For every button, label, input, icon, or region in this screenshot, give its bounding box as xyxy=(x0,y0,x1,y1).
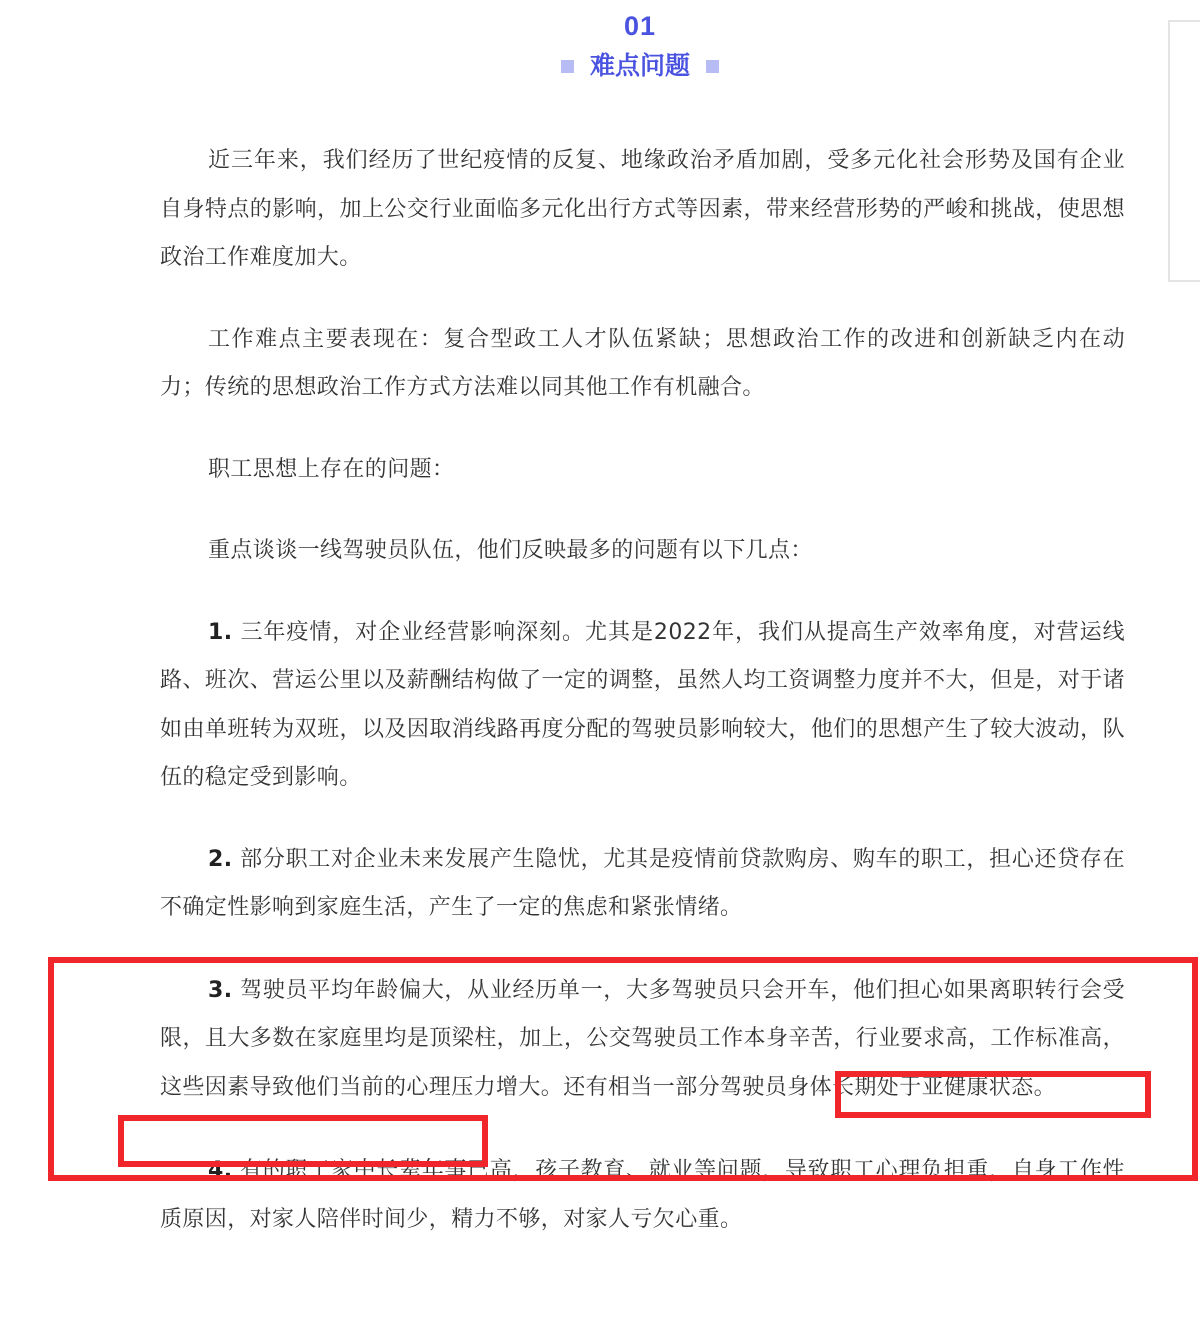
list-item-3: 3. 驾驶员平均年龄偏大，从业经历单一，大多驾驶员只会开车，他们担心如果离职转行… xyxy=(160,967,1125,1113)
list-item-1: 1. 三年疫情，对企业经营影响深刻。尤其是2022年，我们从提高生产效率角度，对… xyxy=(160,609,1125,803)
highlighted-text: 还有相当一部分驾驶员身体长期处于亚健康状态。 xyxy=(563,1075,1056,1100)
square-bullet-icon xyxy=(561,60,574,73)
employee-issues-heading: 职工思想上存在的问题： xyxy=(160,446,1125,495)
article-body: 近三年来，我们经历了世纪疫情的反复、地缘政治矛盾加剧，受多元化社会形势及国有企业… xyxy=(160,137,1125,1244)
drivers-heading: 重点谈谈一线驾驶员队伍，他们反映最多的问题有以下几点： xyxy=(160,527,1125,576)
section-title: 难点问题 xyxy=(590,48,690,84)
section-header: 01 难点问题 xyxy=(0,8,1200,84)
item-number: 3. xyxy=(208,978,232,1003)
item-text: 三年疫情，对企业经营影响深刻。尤其是2022年，我们从提高生产效率角度，对营运线… xyxy=(160,620,1125,791)
item-number: 2. xyxy=(208,847,232,872)
intro-paragraph: 近三年来，我们经历了世纪疫情的反复、地缘政治矛盾加剧，受多元化社会形势及国有企业… xyxy=(160,137,1125,283)
section-number: 01 xyxy=(0,8,1200,44)
item-text: 部分职工对企业未来发展产生隐忧，尤其是疫情前贷款购房、购车的职工，担心还贷存在不… xyxy=(160,847,1125,921)
item-number: 4. xyxy=(208,1158,232,1183)
square-bullet-icon xyxy=(706,60,719,73)
list-item-2: 2. 部分职工对企业未来发展产生隐忧，尤其是疫情前贷款购房、购车的职工，担心还贷… xyxy=(160,836,1125,933)
section-title-row: 难点问题 xyxy=(0,48,1200,84)
item-number: 1. xyxy=(208,620,232,645)
item-text: 有的职工家中长辈年事已高，孩子教育、就业等问题，导致职工心理负担重，自身工作性质… xyxy=(160,1158,1125,1232)
list-item-4: 4. 有的职工家中长辈年事已高，孩子教育、就业等问题，导致职工心理负担重，自身工… xyxy=(160,1147,1125,1244)
difficulties-paragraph: 工作难点主要表现在：复合型政工人才队伍紧缺；思想政治工作的改进和创新缺乏内在动力… xyxy=(160,316,1125,413)
